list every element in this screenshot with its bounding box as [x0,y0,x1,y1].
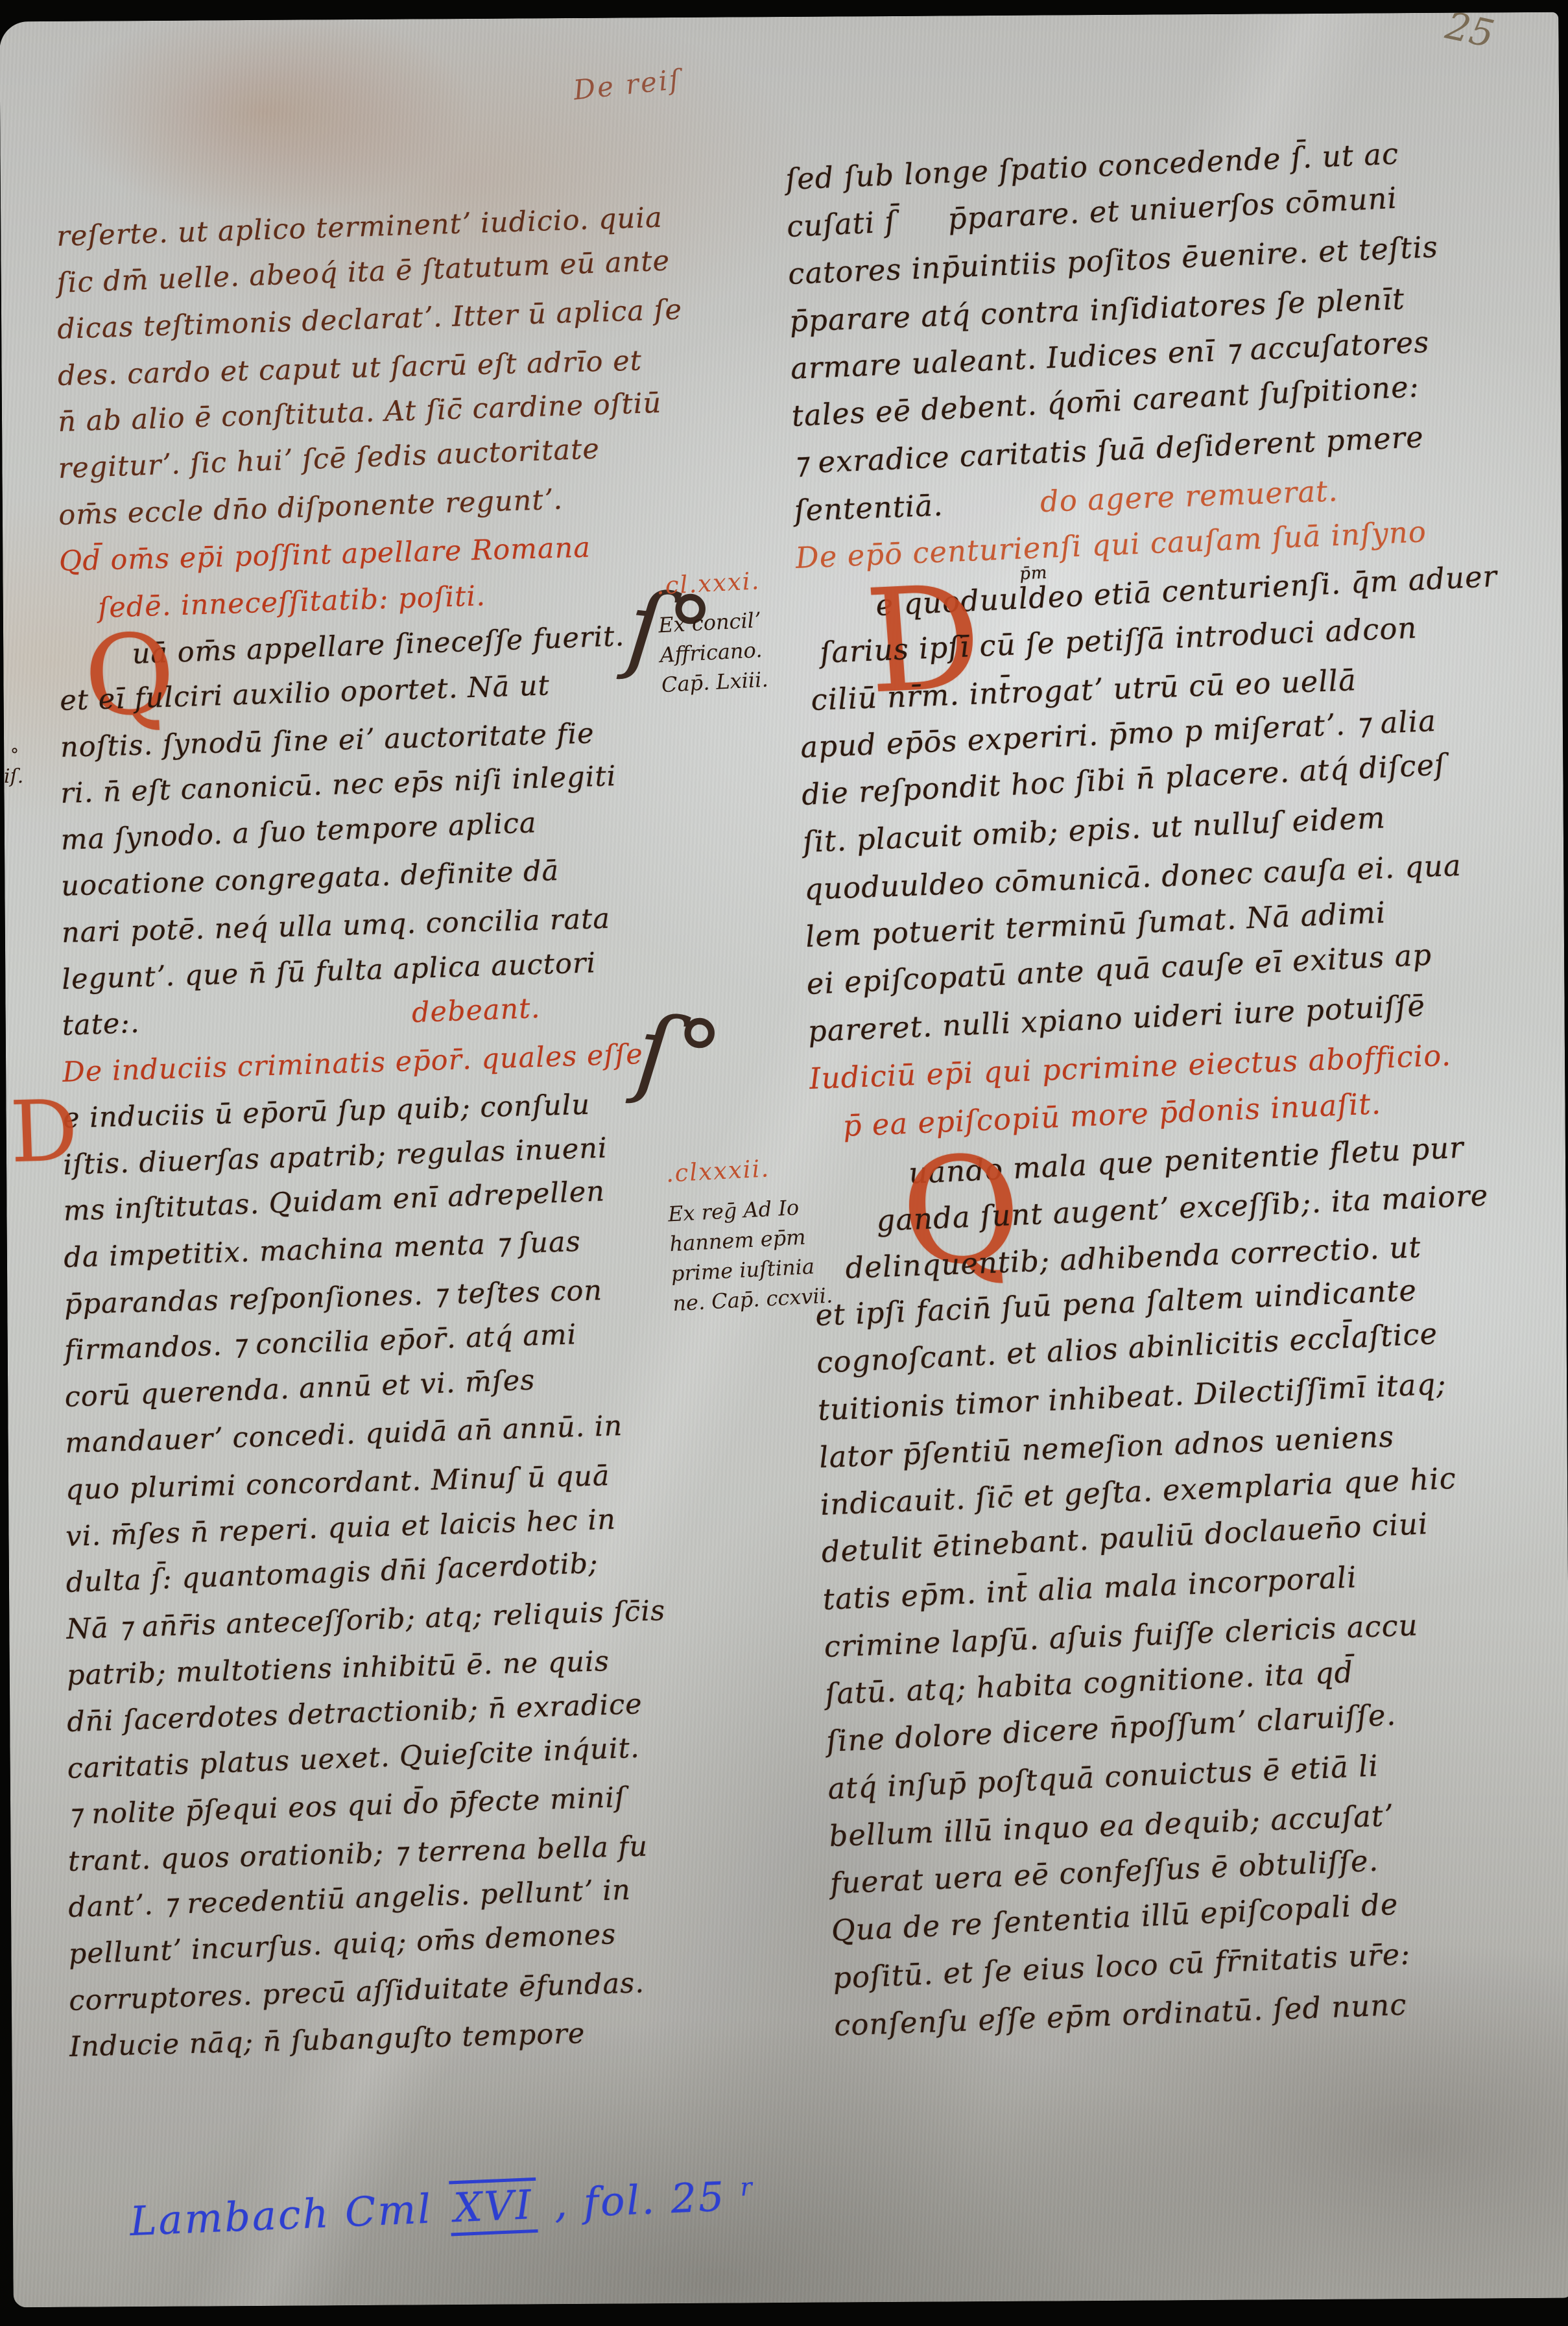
margin-gloss: iſ. [4,765,23,788]
shelfmark-codex-number: XVI [449,2178,538,2237]
margin-citation-a: .cl.xxxi. Ex concilʼ Affricano. Cap̄. Lx… [656,567,769,700]
shelfmark-folio: , fol. 25 [553,2173,727,2227]
citation-line: Cap̄. Lxiii. [661,665,769,700]
margin-citation-b: .clxxxii. Ex reḡ Ad Io hannem ep̄m prime… [665,1152,833,1319]
text-segment: tate:. [62,1007,141,1042]
margin-gloss: ° [10,746,19,765]
text-column-right: ſed ſub longe ſpatio concedende ſ̄. ut a… [786,162,1568,2056]
text-column-left: reſerte. ut aplico terminentʼ iudicio. q… [57,220,686,2078]
interlinear-gloss: p̄m [1019,563,1048,584]
nota-mark: ſ° [632,1003,726,1108]
text-segment: ſententiā. [793,488,944,528]
text-segment: debeant. [411,992,541,1029]
chapter-number: .cl.xxxi. [656,567,764,600]
manuscript-photo: De reiſ 25 reſerte. ut aplico terminentʼ… [0,0,1568,2326]
shelfmark-library: Lambach Cml [129,2185,434,2245]
text-segment: cuſati ſ̄ [785,204,897,244]
shelfmark-recto-mark: r [739,2172,754,2201]
